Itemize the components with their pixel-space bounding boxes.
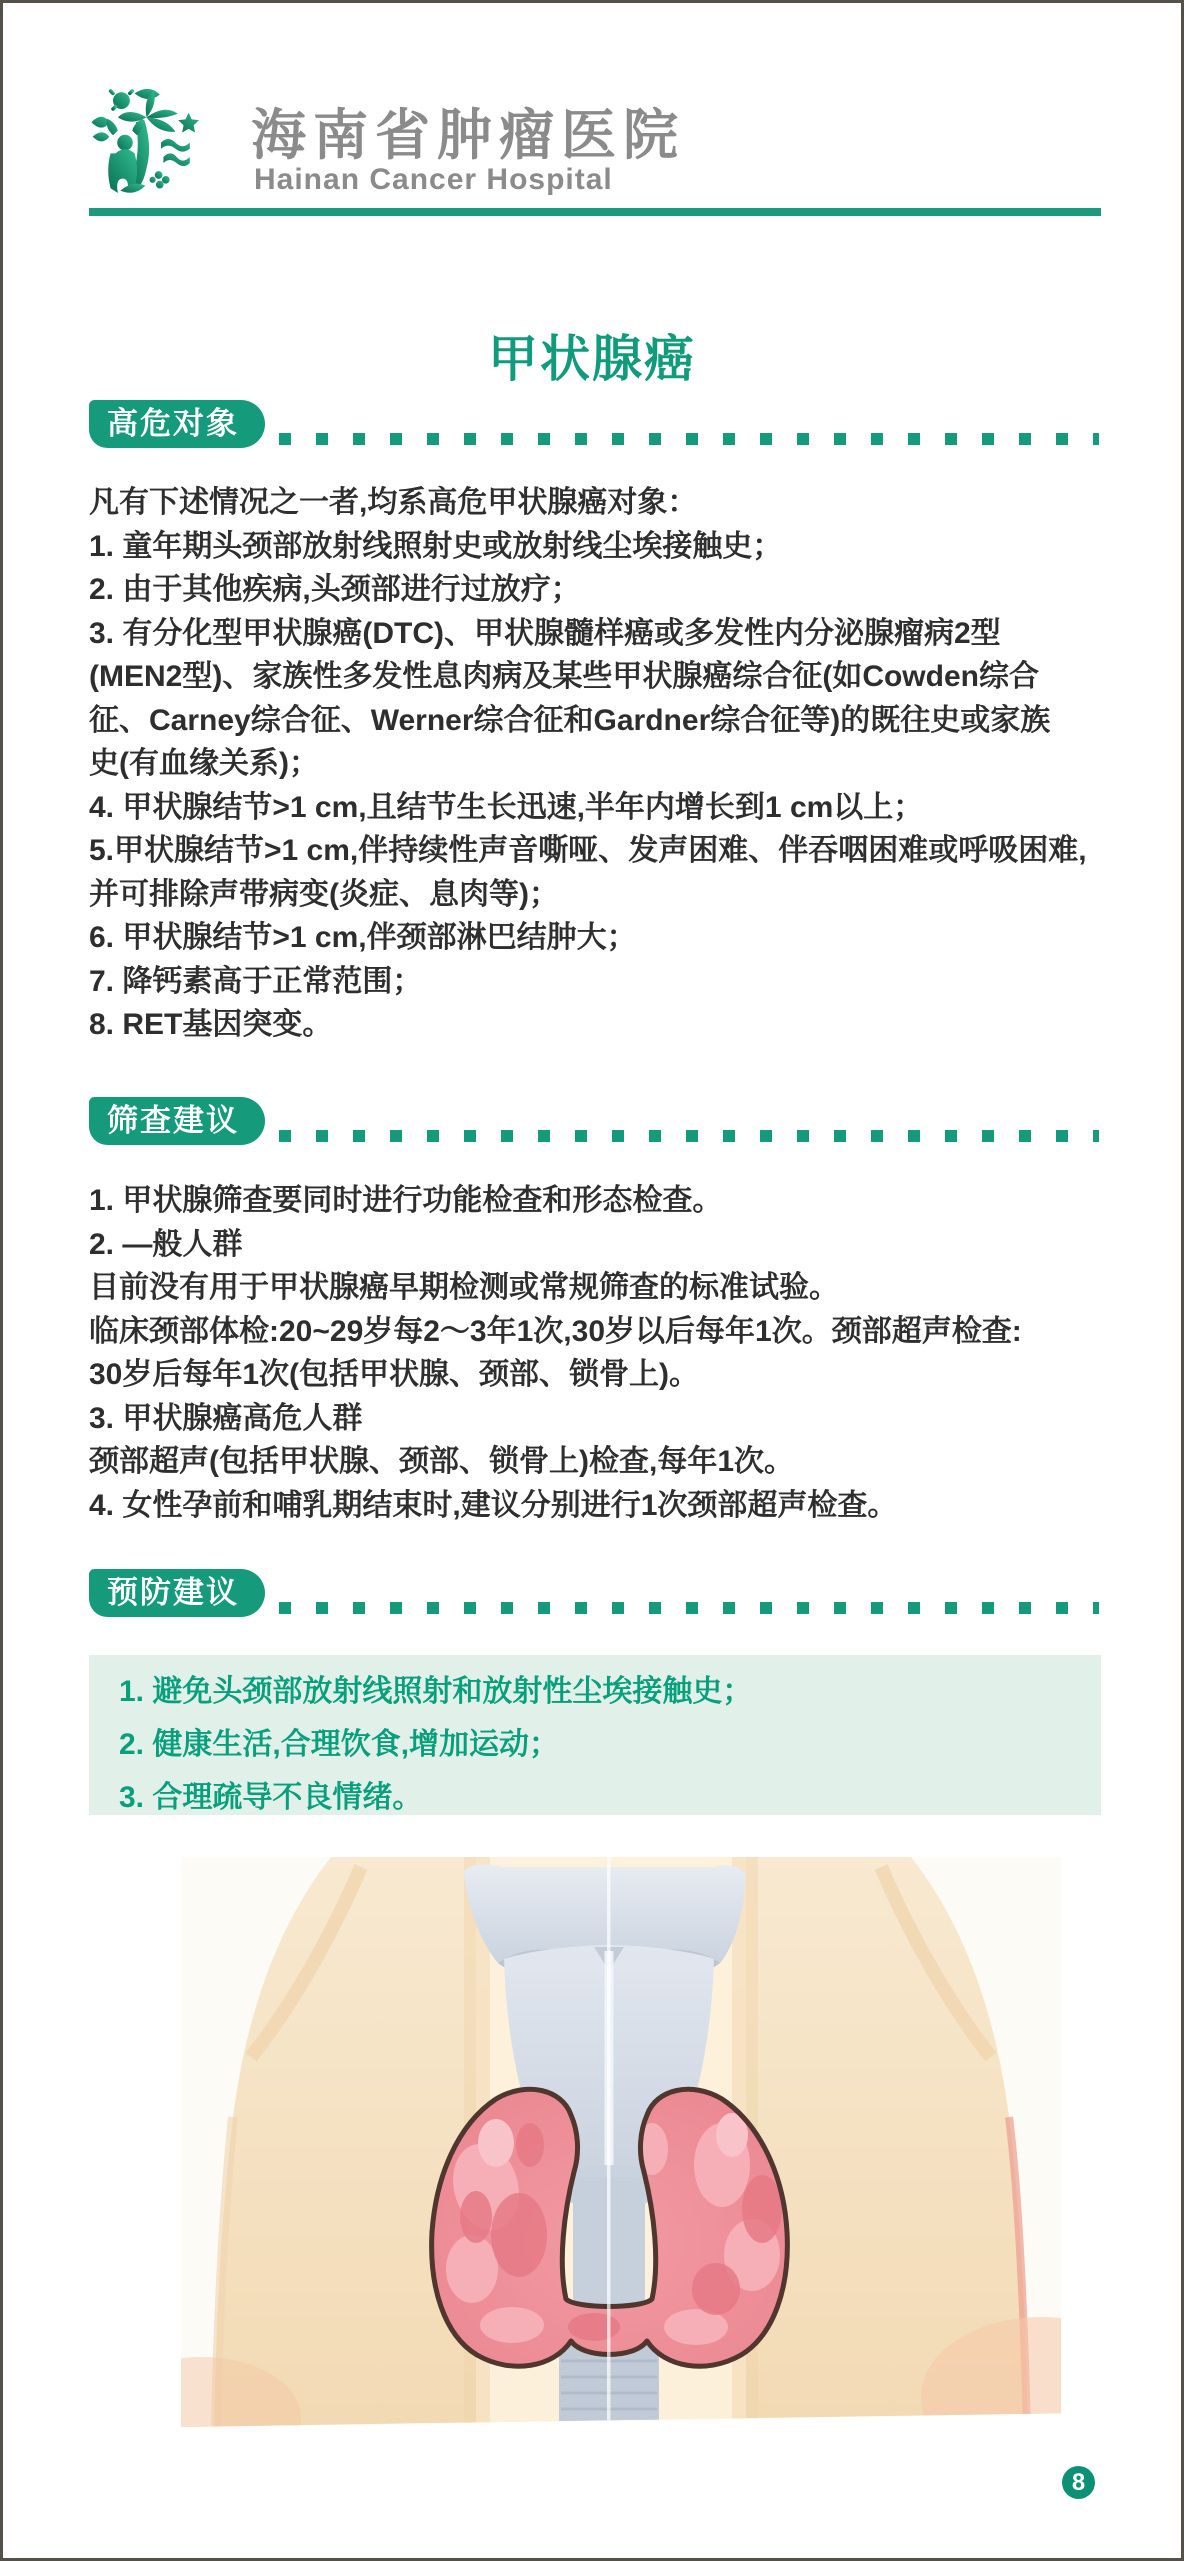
text-line: 目前没有用于甲状腺癌早期检测或常规筛查的标准试验。 — [89, 1266, 1129, 1310]
section-body-screening: 1. 甲状腺筛查要同时进行功能检查和形态检查。 2. —般人群 目前没有用于甲状… — [89, 1179, 1129, 1527]
text-line: 史(有血缘关系)； — [89, 742, 1129, 786]
text-line: 1. 童年期头颈部放射线照射史或放射线尘埃接触史； — [89, 525, 1129, 569]
dotted-separator — [279, 1130, 1099, 1142]
thyroid-illustration — [181, 1857, 1061, 2427]
hospital-name-en: Hainan Cancer Hospital — [254, 163, 613, 197]
brochure-page: 海南省肿瘤医院 Hainan Cancer Hospital 甲状腺癌 高危对象… — [0, 0, 1184, 2561]
text-line: 2. 由于其他疾病,头颈部进行过放疗； — [89, 568, 1129, 612]
page-title: 甲状腺癌 — [3, 319, 1181, 391]
section-badge-screening: 筛查建议 — [89, 1097, 265, 1145]
section-head-high-risk: 高危对象 — [89, 400, 1101, 448]
text-line: 5.甲状腺结节>1 cm,伴持续性声音嘶哑、发声困难、伴吞咽困难或呼吸困难, — [89, 829, 1129, 873]
prevention-line: 3. 合理疏导不良情绪。 — [119, 1771, 1101, 1824]
text-line: 4. 甲状腺结节>1 cm,且结节生长迅速,半年内增长到1 cm以上； — [89, 786, 1129, 830]
text-line: 1. 甲状腺筛查要同时进行功能检查和形态检查。 — [89, 1179, 1129, 1223]
prevention-box: 1. 避免头颈部放射线照射和放射性尘埃接触史； 2. 健康生活,合理饮食,增加运… — [89, 1655, 1101, 1815]
hospital-name-zh: 海南省肿瘤医院 — [251, 91, 685, 170]
dotted-separator — [279, 1602, 1099, 1614]
prevention-line: 2. 健康生活,合理饮食,增加运动； — [119, 1718, 1101, 1771]
text-line: 颈部超声(包括甲状腺、颈部、锁骨上)检查,每年1次。 — [89, 1440, 1129, 1484]
section-body-high-risk: 凡有下述情况之一者,均系高危甲状腺癌对象： 1. 童年期头颈部放射线照射史或放射… — [89, 481, 1129, 1047]
text-line: 凡有下述情况之一者,均系高危甲状腺癌对象： — [89, 481, 1129, 525]
text-line: 7. 降钙素高于正常范围； — [89, 960, 1129, 1004]
text-line: 临床颈部体检:20~29岁每2～3年1次,30岁以后每年1次。颈部超声检查: — [89, 1310, 1129, 1354]
hospital-logo-icon — [89, 85, 209, 205]
text-line: 2. —般人群 — [89, 1223, 1129, 1267]
section-head-prevention: 预防建议 — [89, 1569, 1101, 1617]
section-badge-prevention: 预防建议 — [89, 1569, 265, 1617]
text-line: 3. 甲状腺癌高危人群 — [89, 1397, 1129, 1441]
text-line: 6. 甲状腺结节>1 cm,伴颈部淋巴结肿大； — [89, 916, 1129, 960]
text-line: (MEN2型)、家族性多发性息肉病及某些甲状腺癌综合征(如Cowden综合 — [89, 655, 1129, 699]
text-line: 征、Carney综合征、Werner综合征和Gardner综合征等)的既往史或家… — [89, 699, 1129, 743]
section-head-screening: 筛查建议 — [89, 1097, 1101, 1145]
prevention-line: 1. 避免头颈部放射线照射和放射性尘埃接触史； — [119, 1665, 1101, 1718]
text-line: 8. RET基因突变。 — [89, 1003, 1129, 1047]
page-number-badge: 8 — [1062, 2466, 1095, 2499]
header-divider — [89, 208, 1101, 216]
text-line: 并可排除声带病变(炎症、息肉等)； — [89, 873, 1129, 917]
text-line: 4. 女性孕前和哺乳期结束时,建议分别进行1次颈部超声检查。 — [89, 1484, 1129, 1528]
text-line: 3. 有分化型甲状腺癌(DTC)、甲状腺髓样癌或多发性内分泌腺瘤病2型 — [89, 612, 1129, 656]
dotted-separator — [279, 433, 1099, 445]
section-badge-high-risk: 高危对象 — [89, 400, 265, 448]
text-line: 30岁后每年1次(包括甲状腺、颈部、锁骨上)。 — [89, 1353, 1129, 1397]
